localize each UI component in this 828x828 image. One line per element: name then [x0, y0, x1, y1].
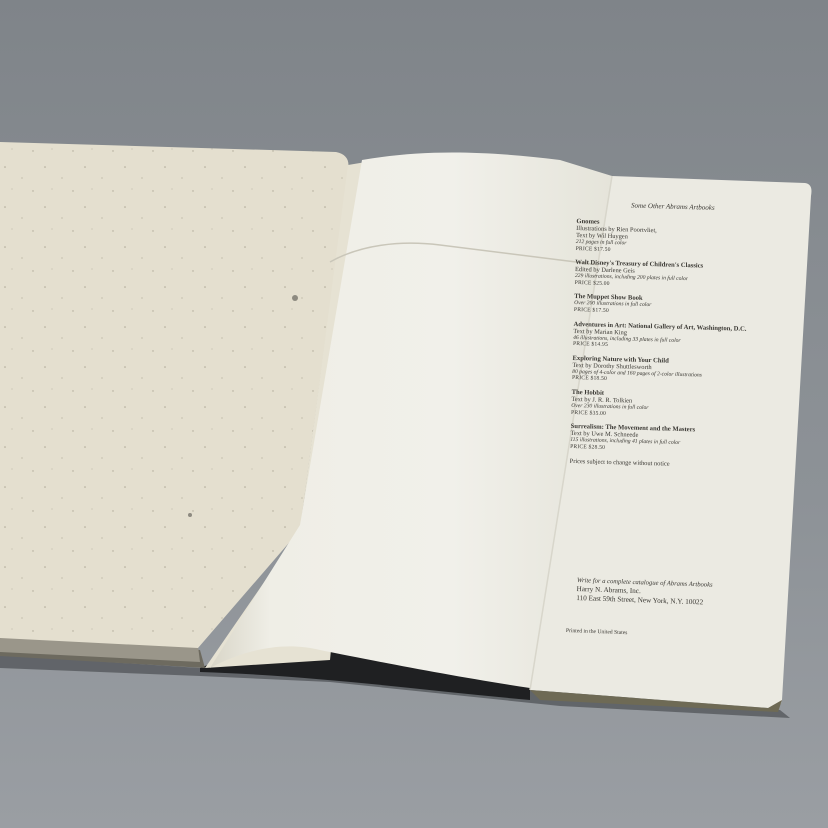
publisher-block: Write for a complete catalogue of Abrams…: [576, 577, 713, 607]
book-list: Some Other Abrams Artbooks Gnomes Illust…: [570, 200, 787, 471]
list-item: Exploring Nature with Your Child Text by…: [572, 355, 783, 388]
list-item: Adventures in Art: National Gallery of A…: [573, 321, 784, 354]
list-item: Walt Disney's Treasury of Children's Cla…: [575, 259, 786, 292]
list-item: The Hobbit Text by J. R. R. Tolkien Over…: [571, 389, 782, 422]
list-item: Surrealism: The Movement and the Masters…: [570, 423, 781, 456]
photo-scene: Some Other Abrams Artbooks Gnomes Illust…: [0, 0, 828, 828]
list-item: The Muppet Show Book Over 200 illustrati…: [574, 293, 784, 319]
list-item: Gnomes Illustrations by Rien Poortvliet,…: [576, 218, 787, 258]
